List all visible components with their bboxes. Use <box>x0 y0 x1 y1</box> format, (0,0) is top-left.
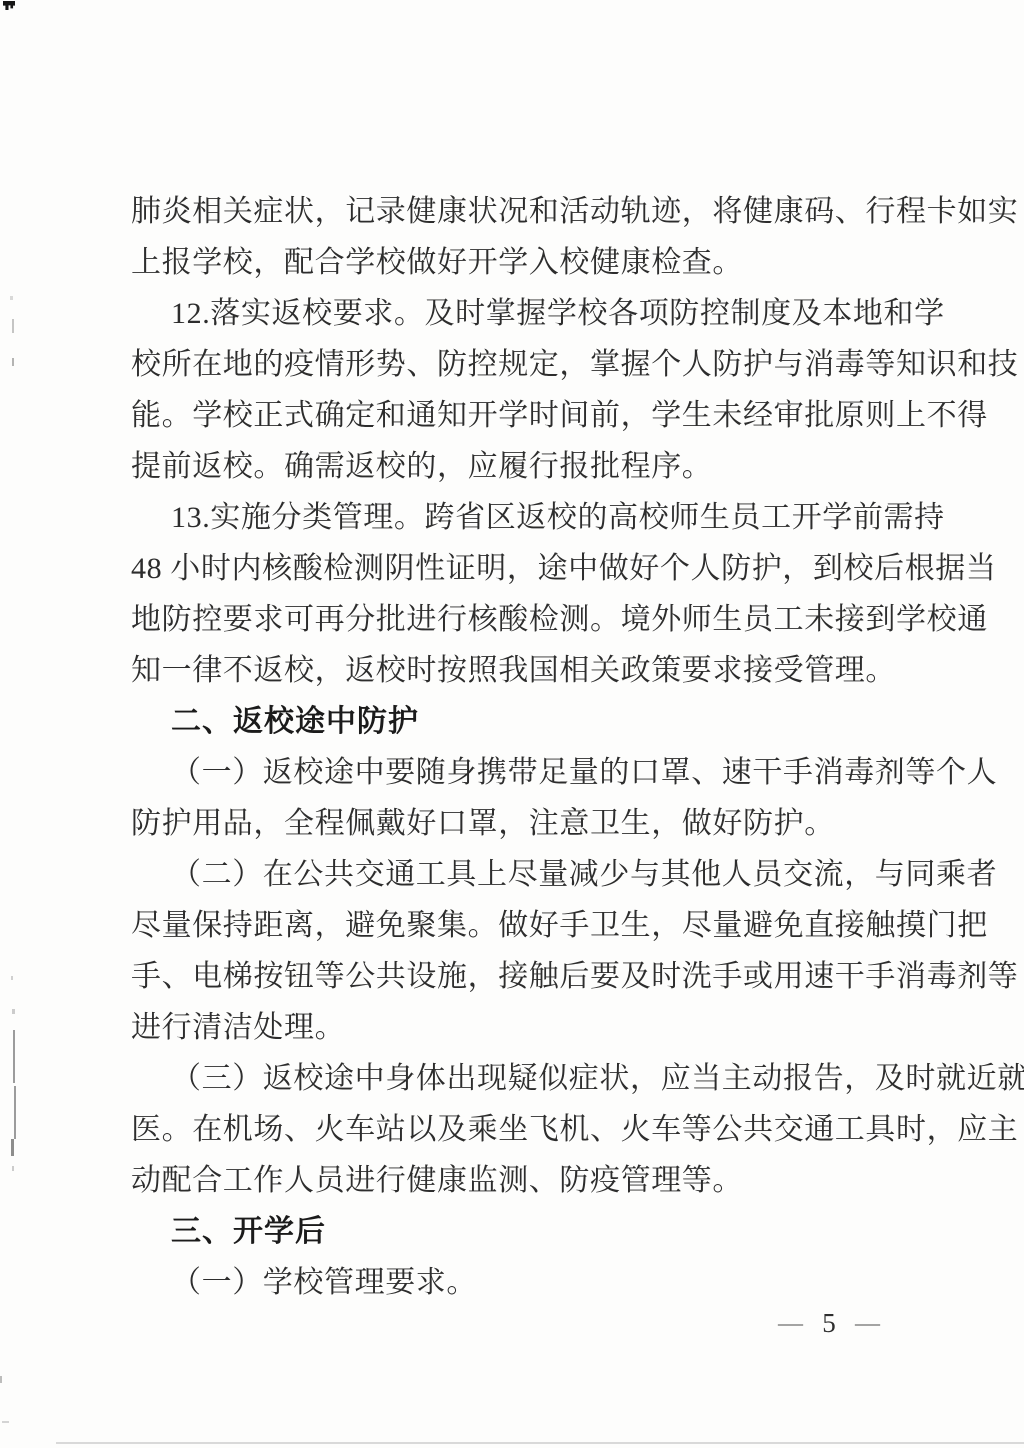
scan-mark <box>10 296 13 300</box>
document-page: 肺炎相关症状，记录健康状况和活动轨迹，将健康码、行程卡如实 上报学校，配合学校做… <box>0 0 1024 1448</box>
page-number-value: 5 <box>822 1308 836 1339</box>
text-line: 防护用品，全程佩戴好口罩，注意卫生，做好防护。 <box>131 798 937 849</box>
scan-mark <box>11 976 13 980</box>
text-line: 尽量保持距离，避免聚集。做好手卫生，尽量避免直接触摸门把 <box>131 900 937 951</box>
scan-mark <box>12 358 14 366</box>
scan-mark <box>11 1139 14 1156</box>
text-line: 手、电梯按钮等公共设施，接触后要及时洗手或用速干手消毒剂等 <box>131 951 937 1002</box>
scan-mark <box>12 319 14 333</box>
text-line: （三）返校途中身体出现疑似症状，应当主动报告，及时就近就 <box>131 1053 937 1104</box>
scan-mark <box>2 1421 9 1423</box>
document-body: 肺炎相关症状，记录健康状况和活动轨迹，将健康码、行程卡如实 上报学校，配合学校做… <box>131 186 937 1308</box>
scan-edge-line <box>56 1442 1024 1444</box>
text-line: 肺炎相关症状，记录健康状况和活动轨迹，将健康码、行程卡如实 <box>131 186 937 237</box>
text-line: 提前返校。确需返校的，应履行报批程序。 <box>131 441 937 492</box>
scan-mark <box>13 1030 15 1083</box>
text-line: 医。在机场、火车站以及乘坐飞机、火车等公共交通工具时，应主 <box>131 1104 937 1155</box>
text-line: 12.落实返校要求。及时掌握学校各项防控制度及本地和学 <box>131 288 937 339</box>
scan-mark <box>14 1086 16 1139</box>
section-heading-3: 三、开学后 <box>131 1206 937 1257</box>
text-line: 48 小时内核酸检测阴性证明，途中做好个人防护，到校后根据当 <box>131 543 937 594</box>
page-number-dash-left: — <box>778 1312 803 1334</box>
text-line: 知一律不返校，返校时按照我国相关政策要求接受管理。 <box>131 645 937 696</box>
page-number: — 5 — <box>778 1308 880 1339</box>
scan-mark <box>12 1009 15 1014</box>
text-line: （一）学校管理要求。 <box>131 1257 937 1308</box>
text-line: 进行清洁处理。 <box>131 1002 937 1053</box>
scan-mark <box>12 1166 14 1171</box>
text-line: 13.实施分类管理。跨省区返校的高校师生员工开学前需持 <box>131 492 937 543</box>
text-line: 地防控要求可再分批进行核酸检测。境外师生员工未接到学校通 <box>131 594 937 645</box>
text-line: 能。学校正式确定和通知开学时间前，学生未经审批原则上不得 <box>131 390 937 441</box>
text-line: （二）在公共交通工具上尽量减少与其他人员交流，与同乘者 <box>131 849 937 900</box>
scan-artifact-icon <box>3 1 15 10</box>
text-line: 校所在地的疫情形势、防控规定，掌握个人防护与消毒等知识和技 <box>131 339 937 390</box>
page-number-dash-right: — <box>855 1312 880 1334</box>
text-line: （一）返校途中要随身携带足量的口罩、速干手消毒剂等个人 <box>131 747 937 798</box>
text-line: 上报学校，配合学校做好开学入校健康检查。 <box>131 237 937 288</box>
section-heading-2: 二、返校途中防护 <box>131 696 937 747</box>
scan-mark <box>0 1376 2 1383</box>
text-line: 动配合工作人员进行健康监测、防疫管理等。 <box>131 1155 937 1206</box>
